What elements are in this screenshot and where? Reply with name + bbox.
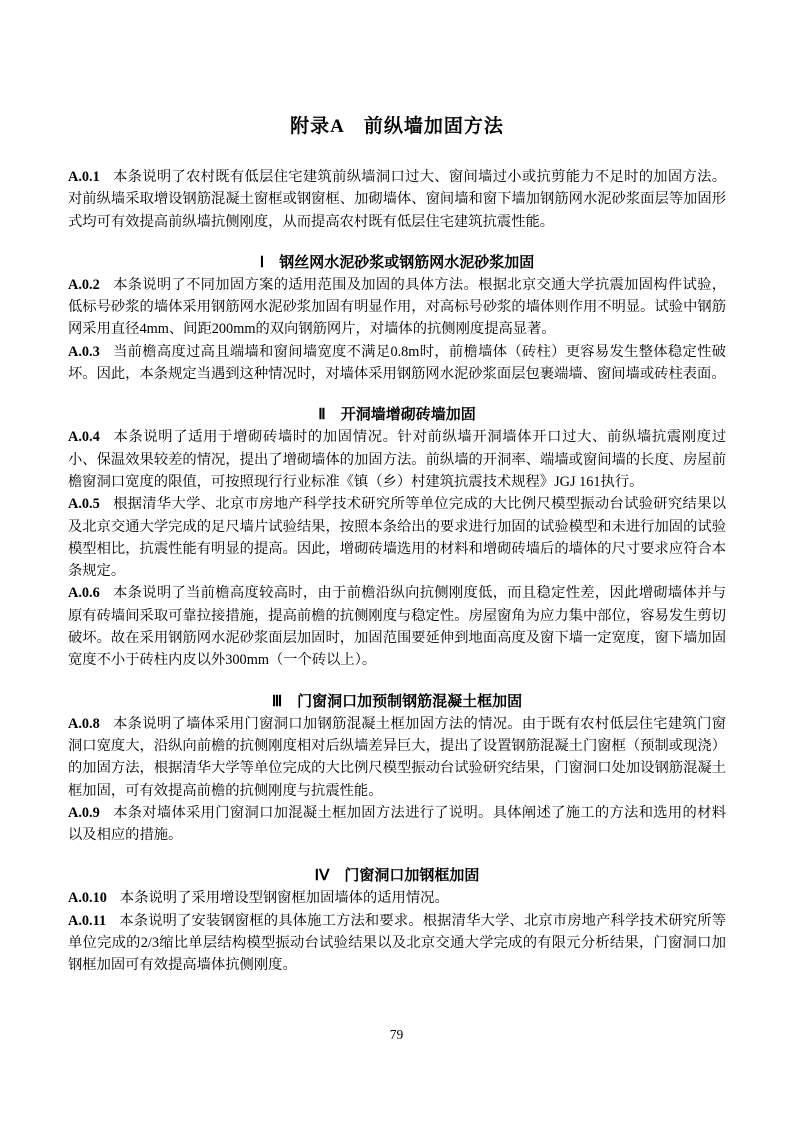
page-content: 附录A 前纵墙加固方法 A.0.1本条说明了农村既有低层住宅建筑前纵墙洞口过大、… — [68, 114, 726, 977]
clause-a-0-5-text: 根据清华大学、北京市房地产科学技术研究所等单位完成的大比例尺模型振动台试验研究结… — [68, 496, 726, 579]
clause-a-0-5-label: A.0.5 — [68, 496, 100, 512]
clause-a-0-11-label: A.0.11 — [68, 913, 106, 929]
document-page: 附录A 前纵墙加固方法 A.0.1本条说明了农村既有低层住宅建筑前纵墙洞口过大、… — [0, 0, 793, 1123]
clause-a-0-11-text: 本条说明了安装钢窗框的具体施工方法和要求。根据清华大学、北京市房地产科学技术研究… — [68, 913, 726, 974]
section-3-title: 门窗洞口加预制钢筋混凝土框加固 — [297, 694, 522, 710]
clause-a-0-2-label: A.0.2 — [68, 277, 100, 293]
section-4-heading: ⅠⅤ门窗洞口加钢框加固 — [68, 865, 726, 887]
section-1-numeral: Ⅰ — [260, 255, 264, 271]
section-1-title: 钢丝网水泥砂浆或钢筋网水泥砂浆加固 — [279, 255, 534, 271]
section-2-numeral: Ⅱ — [318, 407, 325, 423]
section-1-heading: Ⅰ钢丝网水泥砂浆或钢筋网水泥砂浆加固 — [68, 252, 726, 274]
section-3-heading: Ⅲ门窗洞口加预制钢筋混凝土框加固 — [68, 691, 726, 713]
clause-a-0-10-label: A.0.10 — [68, 890, 107, 906]
clause-a-0-2: A.0.2本条说明了不同加固方案的适用范围及加固的具体方法。根据北京交通大学抗震… — [68, 274, 726, 341]
section-4-title: 门窗洞口加钢框加固 — [344, 868, 479, 884]
clause-a-0-1-text: 本条说明了农村既有低层住宅建筑前纵墙洞口过大、窗间墙过小或抗剪能力不足时的加固方… — [68, 169, 726, 230]
clause-a-0-3: A.0.3当前檐高度过高且端墙和窗间墙宽度不满足0.8m时，前檐墙体（砖柱）更容… — [68, 341, 726, 386]
clause-a-0-9: A.0.9本条对墙体采用门窗洞口加混凝土框加固方法进行了说明。具体阐述了施工的方… — [68, 802, 726, 847]
clause-a-0-4-label: A.0.4 — [68, 429, 100, 445]
page-number: 79 — [0, 1026, 793, 1044]
clause-a-0-2-text: 本条说明了不同加固方案的适用范围及加固的具体方法。根据北京交通大学抗震加固构件试… — [68, 277, 726, 338]
clause-a-0-8-text: 本条说明了墙体采用门窗洞口加钢筋混凝土框加固方法的情况。由于既有农村低层住宅建筑… — [68, 716, 726, 799]
clause-a-0-1-label: A.0.1 — [68, 169, 100, 185]
clause-a-0-8-label: A.0.8 — [68, 716, 100, 732]
clause-a-0-9-text: 本条对墙体采用门窗洞口加混凝土框加固方法进行了说明。具体阐述了施工的方法和选用的… — [68, 805, 726, 843]
clause-a-0-11: A.0.11本条说明了安装钢窗框的具体施工方法和要求。根据清华大学、北京市房地产… — [68, 910, 726, 977]
clause-a-0-1: A.0.1本条说明了农村既有低层住宅建筑前纵墙洞口过大、窗间墙过小或抗剪能力不足… — [68, 166, 726, 233]
clause-a-0-8: A.0.8本条说明了墙体采用门窗洞口加钢筋混凝土框加固方法的情况。由于既有农村低… — [68, 713, 726, 802]
page-title: 附录A 前纵墙加固方法 — [68, 114, 726, 140]
clause-a-0-6-text: 本条说明了当前檐高度较高时，由于前檐沿纵向抗侧刚度低，而且稳定性差，因此增砌墙体… — [68, 585, 726, 668]
clause-a-0-4-text: 本条说明了适用于增砌砖墙时的加固情况。针对前纵墙开洞墙体开口过大、前纵墙抗震刚度… — [68, 429, 726, 490]
section-4-numeral: ⅠⅤ — [315, 868, 330, 884]
clause-a-0-9-label: A.0.9 — [68, 805, 100, 821]
section-2-heading: Ⅱ开洞墙增砌砖墙加固 — [68, 404, 726, 426]
clause-a-0-10-text: 本条说明了采用增设型钢窗框加固墙体的适用情况。 — [120, 890, 449, 906]
clause-a-0-5: A.0.5根据清华大学、北京市房地产科学技术研究所等单位完成的大比例尺模型振动台… — [68, 493, 726, 582]
section-2-title: 开洞墙增砌砖墙加固 — [341, 407, 476, 423]
clause-a-0-10: A.0.10本条说明了采用增设型钢窗框加固墙体的适用情况。 — [68, 887, 726, 909]
clause-a-0-4: A.0.4本条说明了适用于增砌砖墙时的加固情况。针对前纵墙开洞墙体开口过大、前纵… — [68, 426, 726, 493]
clause-a-0-6: A.0.6本条说明了当前檐高度较高时，由于前檐沿纵向抗侧刚度低，而且稳定性差，因… — [68, 582, 726, 671]
clause-a-0-3-text: 当前檐高度过高且端墙和窗间墙宽度不满足0.8m时，前檐墙体（砖柱）更容易发生整体… — [68, 344, 726, 382]
section-3-numeral: Ⅲ — [272, 694, 282, 710]
clause-a-0-6-label: A.0.6 — [68, 585, 100, 601]
clause-a-0-3-label: A.0.3 — [68, 344, 100, 360]
